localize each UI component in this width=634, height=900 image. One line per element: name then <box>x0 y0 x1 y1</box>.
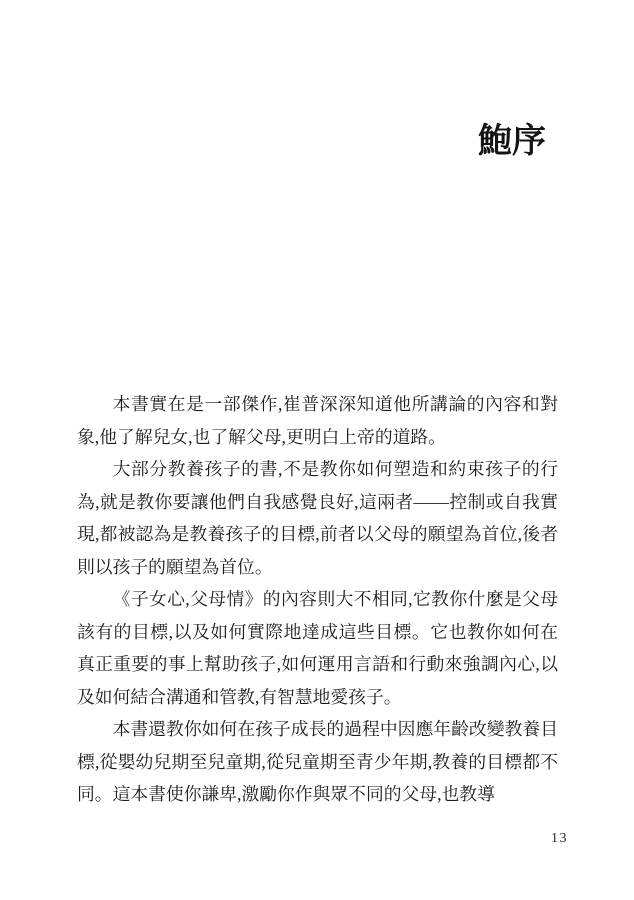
body-paragraph: 大部分教養孩子的書,不是教你如何塑造和約束孩子的行為,就是教你要讓他們自我感覺良… <box>77 453 558 583</box>
chapter-title: 鮑序 <box>478 122 546 162</box>
body-paragraph: 本書實在是一部傑作,崔普深深知道他所講論的內容和對象,他了解兒女,也了解父母,更… <box>77 388 558 453</box>
body-paragraph: 《子女心,父母情》的內容則大不相同,它教你什麼是父母該有的目標,以及如何實際地達… <box>77 583 558 713</box>
page-number: 13 <box>551 831 568 847</box>
body-paragraph: 本書還教你如何在孩子成長的過程中因應年齡改變教養目標,從嬰幼兒期至兒童期,從兒童… <box>77 713 558 811</box>
body-text: 本書實在是一部傑作,崔普深深知道他所講論的內容和對象,他了解兒女,也了解父母,更… <box>77 388 558 811</box>
book-page: 鮑序 本書實在是一部傑作,崔普深深知道他所講論的內容和對象,他了解兒女,也了解父… <box>0 0 634 900</box>
